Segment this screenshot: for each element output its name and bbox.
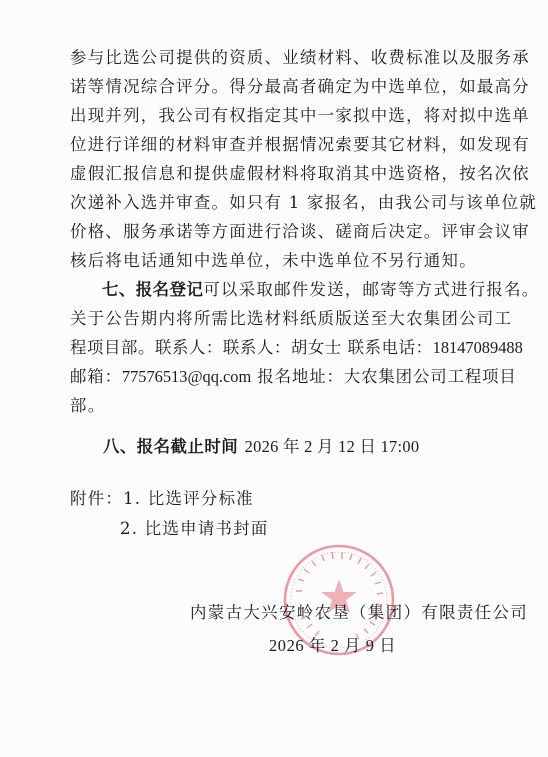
paragraph-line: 虚假汇报信息和提供虚假材料将取消其中选资格，按名次依 bbox=[70, 164, 482, 184]
section-7-contact-line: 程项目部。联系人：联系人：胡女士 联系电话：18147089488 bbox=[70, 338, 482, 358]
contact-phone: 18147089488 bbox=[433, 338, 523, 357]
section-7-line: 部。 bbox=[70, 396, 482, 416]
section-7-email-line: 邮箱：77576513@qq.com 报名地址：大农集团公司工程项目 bbox=[70, 367, 482, 387]
attachment-item: 2. 比选申请书封面 bbox=[120, 519, 532, 539]
deadline-value: 2026 年 2 月 12 日 17:00 bbox=[245, 437, 420, 456]
section-8-line: 八、报名截止时间 2026 年 2 月 12 日 17:00 bbox=[103, 437, 483, 457]
paragraph-line: 诺等情况综合评分。得分最高者确定为中选单位，如最高分 bbox=[70, 77, 482, 97]
paragraph-line: 次递补入选并审查。如只有 1 家报名，由我公司与该单位就 bbox=[70, 193, 482, 213]
paragraph-line: 参与比选公司提供的资质、业绩材料、收费标准以及服务承 bbox=[70, 48, 482, 68]
contact-email: 77576513@qq.com bbox=[122, 367, 251, 386]
signature-company: 内蒙古大兴安岭农垦（集团）有限责任公司 bbox=[190, 603, 528, 623]
email-label: 邮箱： bbox=[70, 367, 122, 386]
attachment-item: 1. 比选评分标准 bbox=[123, 489, 254, 508]
section-7-line: 关于公告期内将所需比选材料纸质版送至大农集团公司工 bbox=[70, 309, 482, 329]
section-8-heading: 八、报名截止时间 bbox=[103, 437, 238, 456]
paragraph-line: 出现并列，我公司有权指定其中一家拟中选，将对拟中选单 bbox=[70, 106, 482, 126]
paragraph-line: 位进行详细的材料审查并根据情况索要其它材料，如发现有 bbox=[70, 135, 482, 155]
paragraph-line: 价格、服务承诺等方面进行洽谈、磋商后决定。评审会议审 bbox=[70, 222, 482, 242]
signature-date: 2026 年 2 月 9 日 bbox=[269, 636, 396, 656]
section-7-heading: 七、报名登记 bbox=[102, 280, 203, 299]
section-7-text: 可以采取邮件发送，邮寄等方式进行报名。 bbox=[203, 280, 539, 299]
document-page: 参与比选公司提供的资质、业绩材料、收费标准以及服务承 诺等情况综合评分。得分最高… bbox=[0, 0, 548, 757]
attachments-line: 附件：1. 比选评分标准 bbox=[70, 489, 482, 509]
paragraph-line: 核后将电话通知中选单位，未中选单位不另行通知。 bbox=[70, 251, 482, 271]
contact-label: 程项目部。联系人：联系人：胡女士 联系电话： bbox=[70, 338, 433, 357]
section-7-first-line: 七、报名登记可以采取邮件发送，邮寄等方式进行报名。 bbox=[102, 280, 482, 300]
address-text: 报名地址：大农集团公司工程项目 bbox=[251, 367, 516, 386]
attachments-label: 附件： bbox=[70, 489, 123, 508]
